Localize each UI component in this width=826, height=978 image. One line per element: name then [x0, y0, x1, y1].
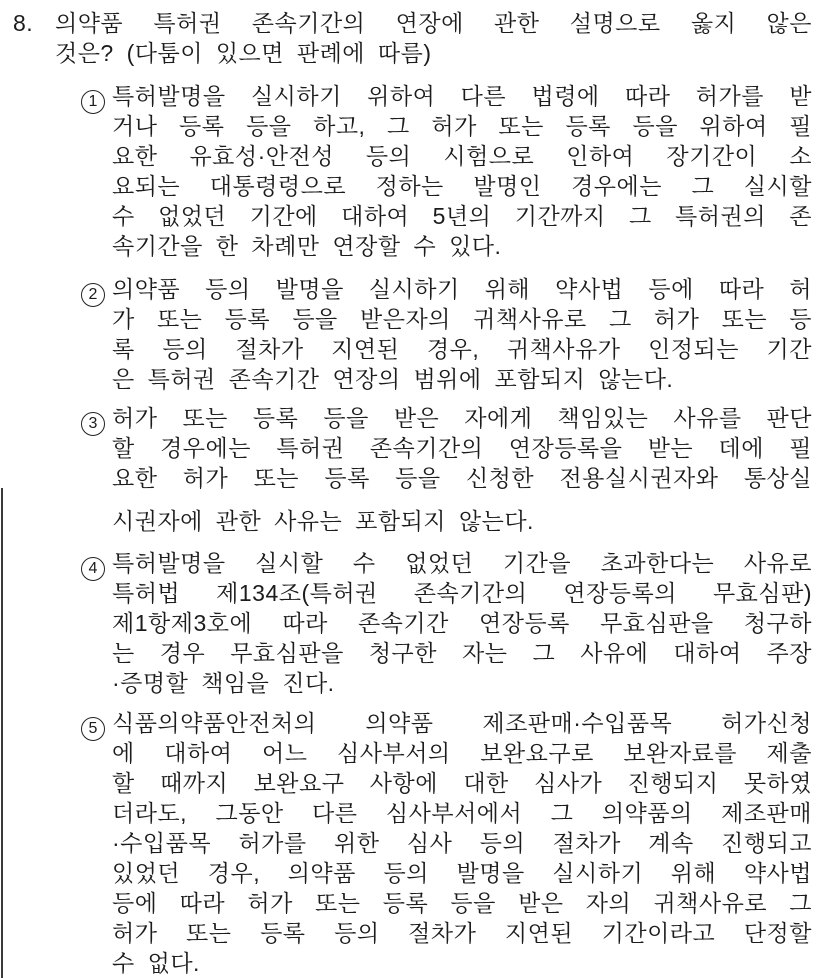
option-line: 할 때까지 보완요구 사항에 대한 심사가 진행되지 못하였 [112, 768, 812, 798]
option-line: 있었던 경우, 의약품 등의 발명을 실시하기 위해 약사법 [112, 858, 812, 888]
option-5: 5 식품의약품안전처의 의약품 제조판매·수입품목 허가신청 에 대하여 어느 … [81, 708, 812, 978]
question-block: 8. 의약품 특허권 존속기간의 연장에 관한 설명으로 옳지 않은 것은? (… [13, 8, 812, 68]
option-line: 식품의약품안전처의 의약품 제조판매·수입품목 허가신청 [112, 708, 812, 738]
option-line: 할 경우에는 특허권 존속기간의 연장등록을 받는 데에 필 [112, 433, 812, 463]
option-3-marker-cell: 3 [81, 403, 112, 436]
option-line: 에 대하여 어느 심사부서의 보완요구로 보완자료를 제출 [112, 738, 812, 768]
option-1-text: 특허발명을 실시하기 위하여 다른 법령에 따라 허가를 받 거나 등록 등을 … [112, 81, 812, 261]
question-line: 것은? (다툼이 있으면 판례에 따름) [55, 38, 812, 68]
option-line: 특허발명을 실시할 수 없었던 기간을 초과한다는 사유로 [112, 548, 812, 578]
question-line: 의약품 특허권 존속기간의 연장에 관한 설명으로 옳지 않은 [55, 8, 812, 38]
option-line: 시권자에 관한 사유는 포함되지 않는다. [112, 506, 812, 536]
option-2-text: 의약품 등의 발명을 실시하기 위해 약사법 등에 따라 허 가 또는 등록 등… [112, 274, 812, 394]
circled-number-3-icon: 3 [81, 412, 105, 436]
option-line: 허가 또는 등록 등의 절차가 지연된 기간이라고 단정할 [112, 918, 812, 948]
option-1: 1 특허발명을 실시하기 위하여 다른 법령에 따라 허가를 받 거나 등록 등… [81, 81, 812, 261]
option-2-marker-cell: 2 [81, 274, 112, 307]
option-line: 등에 따라 허가 또는 등록 등을 받은 자의 귀책사유로 그 [112, 888, 812, 918]
option-line: 속기간을 한 차례만 연장할 수 있다. [112, 231, 812, 261]
question-text: 의약품 특허권 존속기간의 연장에 관한 설명으로 옳지 않은 것은? (다툼이… [55, 8, 812, 68]
option-3: 3 허가 또는 등록 등을 받은 자에게 책임있는 사유를 판단 할 경우에는 … [81, 403, 812, 536]
exam-page: 8. 의약품 특허권 존속기간의 연장에 관한 설명으로 옳지 않은 것은? (… [0, 0, 826, 978]
option-line: 더라도, 그동안 다른 심사부서에서 그 의약품의 제조판매 [112, 798, 812, 828]
option-line: 수 없었던 기간에 대하여 5년의 기간까지 그 특허권의 존 [112, 201, 812, 231]
option-line: 특허발명을 실시하기 위하여 다른 법령에 따라 허가를 받 [112, 81, 812, 111]
circled-number-5-icon: 5 [81, 717, 105, 741]
option-2: 2 의약품 등의 발명을 실시하기 위해 약사법 등에 따라 허 가 또는 등록… [81, 274, 812, 394]
option-line: 은 특허권 존속기간 연장의 범위에 포함되지 않는다. [112, 364, 812, 394]
option-line: 는 경우 무효심판을 청구한 자는 그 사유에 대하여 주장 [112, 638, 812, 668]
option-line: 요한 허가 또는 등록 등을 신청한 전용실시권자와 통상실 [112, 463, 812, 493]
option-5-text: 식품의약품안전처의 의약품 제조판매·수입품목 허가신청 에 대하여 어느 심사… [112, 708, 812, 978]
option-line: 허가 또는 등록 등을 받은 자에게 책임있는 사유를 판단 [112, 403, 812, 433]
option-4-marker-cell: 4 [81, 548, 112, 581]
option-line: 가 또는 등록 등을 받은자의 귀책사유로 그 허가 또는 등 [112, 304, 812, 334]
option-line: 제1항제3호에 따라 존속기간 연장등록 무효심판을 청구하 [112, 608, 812, 638]
option-line: 요되는 대통령령으로 정하는 발명인 경우에는 그 실시할 [112, 171, 812, 201]
question-number: 8. [13, 8, 55, 38]
option-4: 4 특허발명을 실시할 수 없었던 기간을 초과한다는 사유로 특허법 제134… [81, 548, 812, 698]
option-line: 수 없다. [112, 948, 812, 978]
option-1-marker-cell: 1 [81, 81, 112, 114]
option-line: 요한 유효성·안전성 등의 시험으로 인하여 장기간이 소 [112, 141, 812, 171]
option-4-text: 특허발명을 실시할 수 없었던 기간을 초과한다는 사유로 특허법 제134조(… [112, 548, 812, 698]
option-line: 록 등의 절차가 지연된 경우, 귀책사유가 인정되는 기간 [112, 334, 812, 364]
circled-number-1-icon: 1 [81, 90, 105, 114]
option-3-text: 허가 또는 등록 등을 받은 자에게 책임있는 사유를 판단 할 경우에는 특허… [112, 403, 812, 536]
option-line: ·증명할 책임을 진다. [112, 668, 812, 698]
option-line: 거나 등록 등을 하고, 그 허가 또는 등록 등을 위하여 필 [112, 111, 812, 141]
option-line: 의약품 등의 발명을 실시하기 위해 약사법 등에 따라 허 [112, 274, 812, 304]
circled-number-4-icon: 4 [81, 557, 105, 581]
option-line: 특허법 제134조(특허권 존속기간의 연장등록의 무효심판) [112, 578, 812, 608]
option-line: ·수입품목 허가를 위한 심사 등의 절차가 계속 진행되고 [112, 828, 812, 858]
left-edge-rule [1, 488, 3, 978]
circled-number-2-icon: 2 [81, 283, 105, 307]
option-5-marker-cell: 5 [81, 708, 112, 741]
